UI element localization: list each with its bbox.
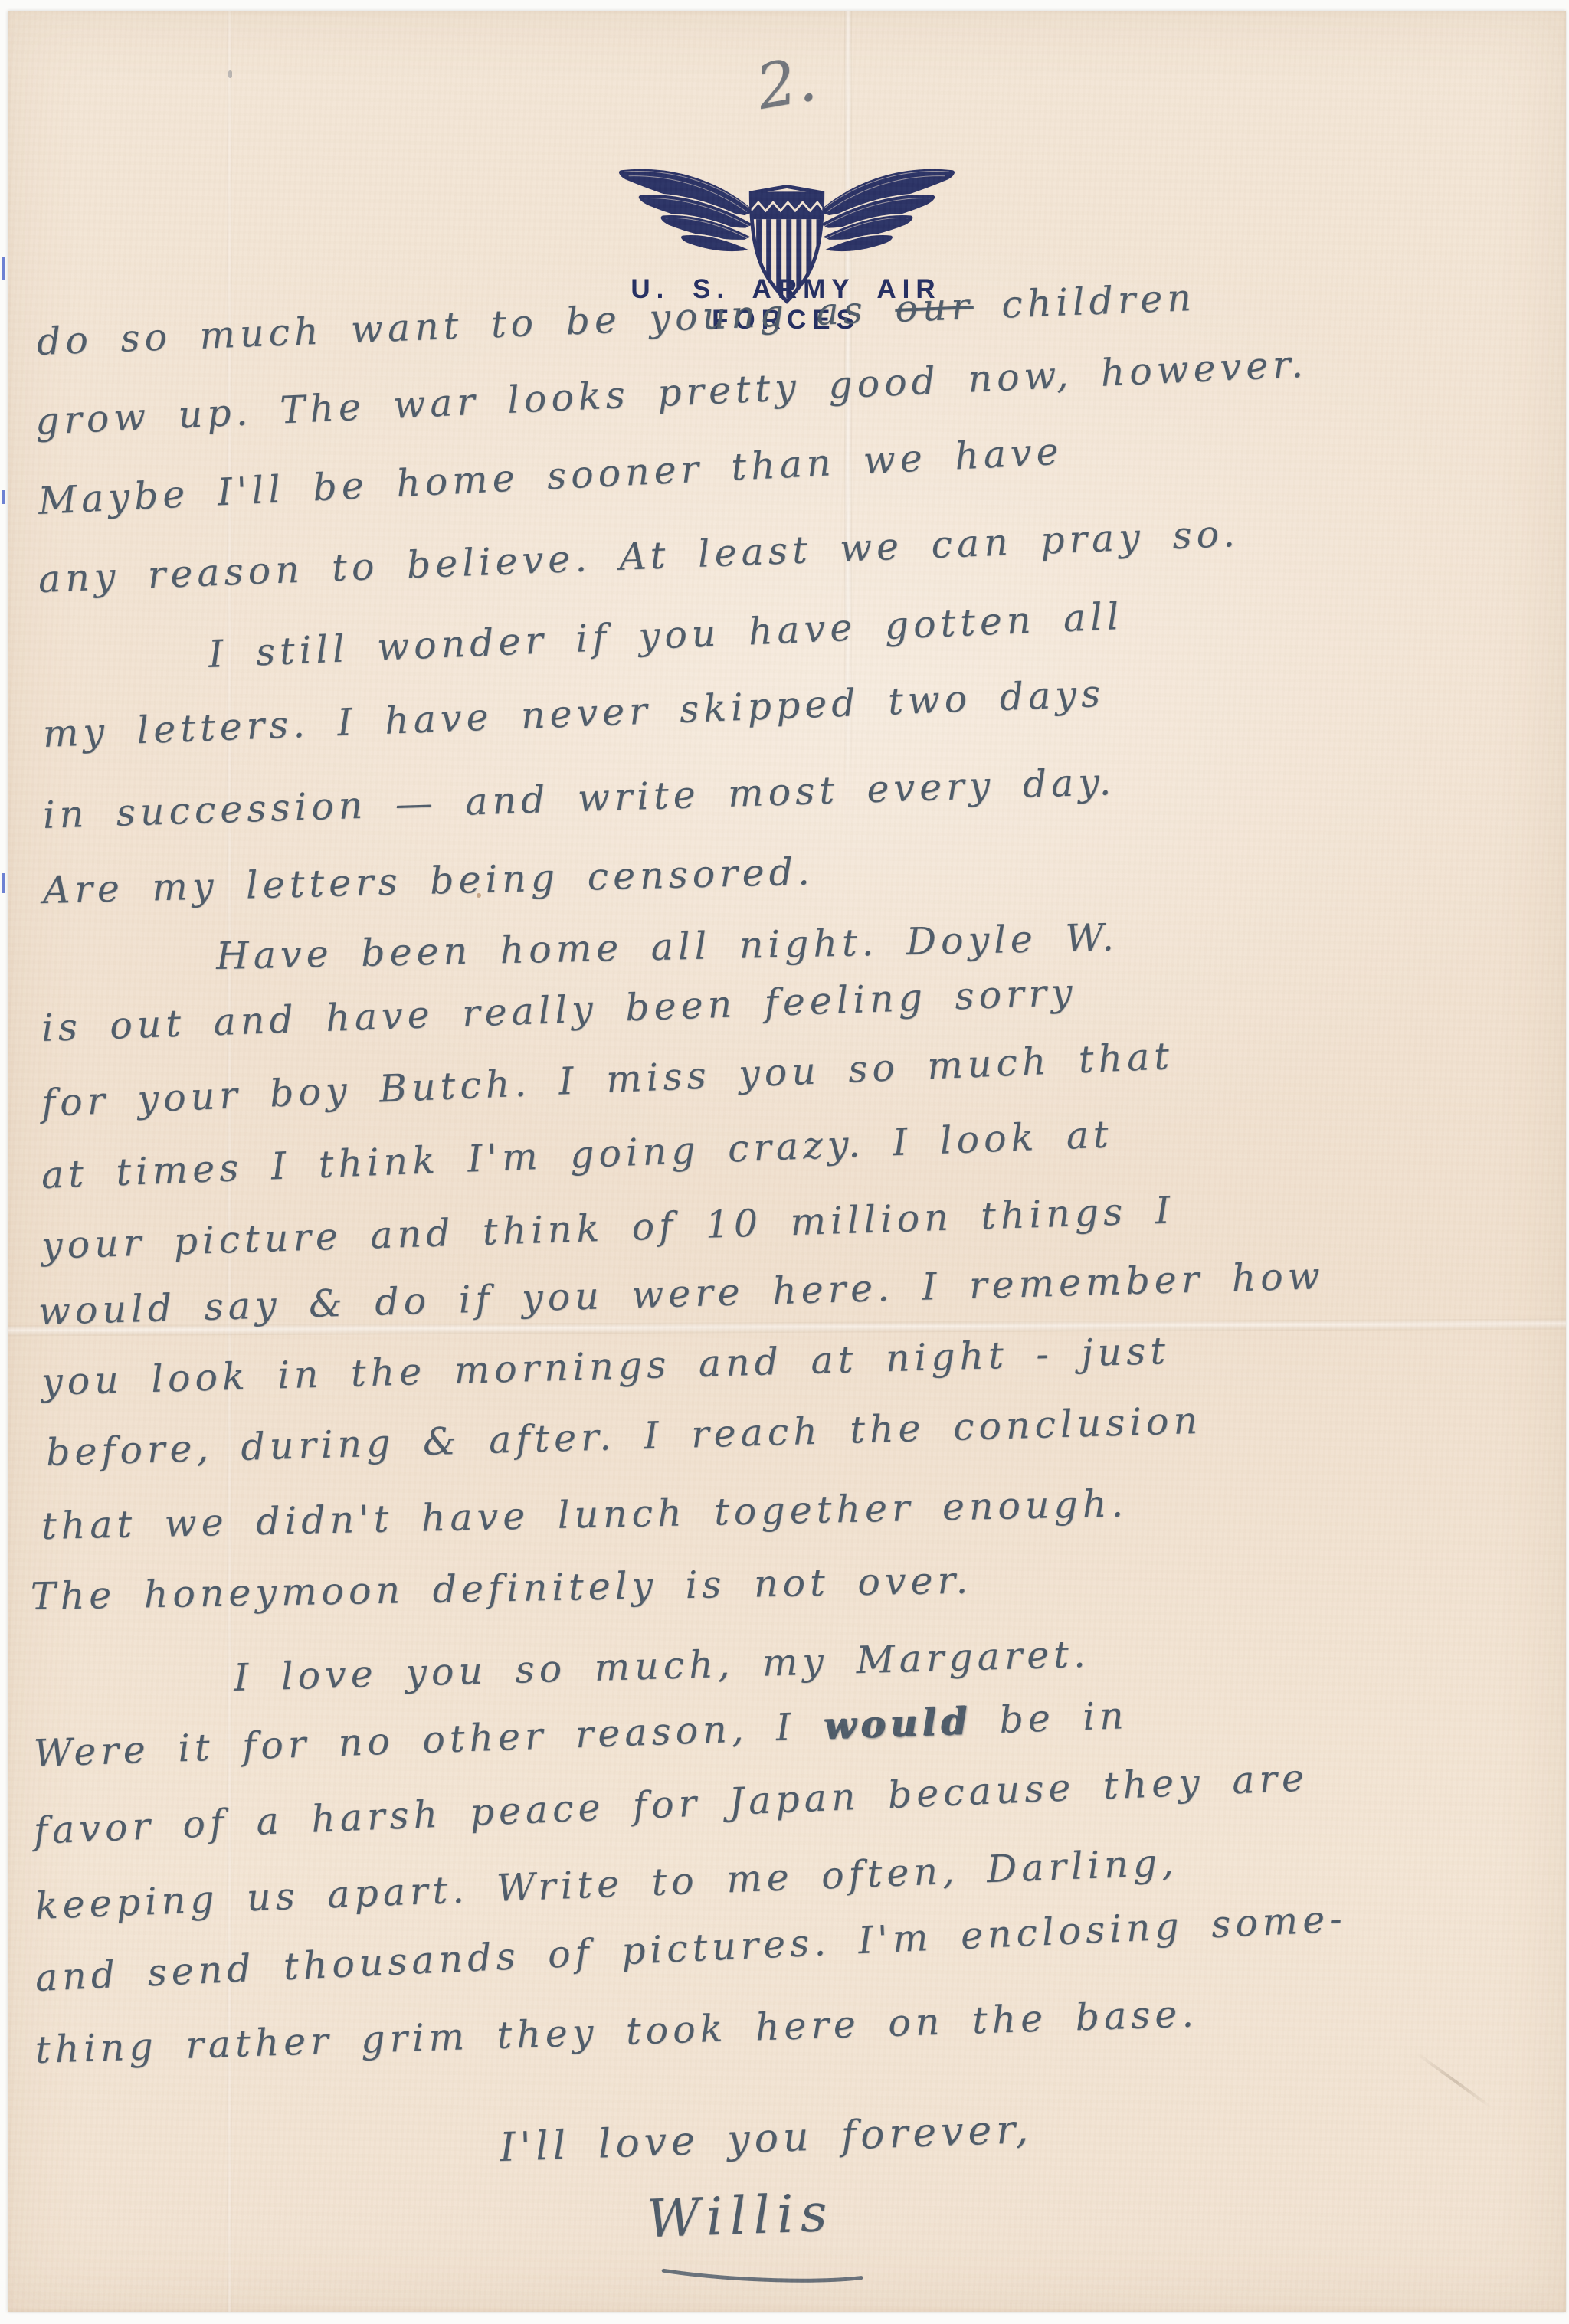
letter-line: Have been home all night. Doyle W. (215, 915, 1119, 978)
text-segment: at times I think I'm going crazy. I look… (41, 1112, 1114, 1197)
letter-line: Were it for no other reason, I would be … (33, 1693, 1129, 1776)
corrected-word: our (894, 284, 974, 331)
letter-line: before, during & after. I reach the conc… (45, 1399, 1203, 1475)
letter-line: Maybe I'll be home sooner than we have (38, 430, 1064, 523)
letter-line: grow up. The war looks pretty good now, … (34, 342, 1309, 444)
scan-edge-artifact (2, 257, 5, 280)
letter-line: at times I think I'm going crazy. I look… (41, 1112, 1114, 1197)
text-segment: favor of a harsh peace for Japan because… (33, 1756, 1309, 1853)
letter-line: is out and have really been feeling sorr… (41, 971, 1078, 1050)
letter-line: any reason to believe. At least we can p… (38, 512, 1240, 601)
text-segment: I love you so much, my Margaret. (233, 1632, 1090, 1700)
text-segment: in succession — and write most every day… (42, 760, 1116, 837)
letter-line: your picture and think of 10 million thi… (41, 1189, 1175, 1268)
letter-line: thing rather grim they took here on the … (34, 1992, 1199, 2072)
text-segment: grow up. The war looks pretty good now, … (34, 342, 1309, 444)
text-segment: Were it for no other reason, I (33, 1704, 824, 1776)
text-segment: my letters. I have never skipped two day… (42, 672, 1106, 756)
letter-line: for your boy Butch. I miss you so much t… (41, 1034, 1174, 1125)
letter-paper: 2. (8, 11, 1566, 2312)
closing-line: I'll love you forever, (499, 2106, 1033, 2171)
text-segment: your picture and think of 10 million thi… (41, 1189, 1175, 1268)
text-segment: Have been home all night. Doyle W. (215, 915, 1119, 978)
text-segment: you look in the mornings and at night - … (41, 1329, 1171, 1404)
letter-line: would say & do if you were here. I remem… (38, 1254, 1325, 1334)
letter-scan: 2. (0, 0, 1569, 2324)
text-segment: that we didn't have lunch together enoug… (41, 1481, 1128, 1548)
letter-line: my letters. I have never skipped two day… (42, 672, 1106, 756)
text-segment: The honeymoon definitely is not over. (31, 1559, 973, 1619)
letter-line: I love you so much, my Margaret. (233, 1632, 1090, 1700)
letter-line: I still wonder if you have gotten all (208, 594, 1125, 676)
text-segment: before, during & after. I reach the conc… (45, 1399, 1203, 1475)
text-segment: be in (971, 1694, 1129, 1743)
text-segment: children (973, 276, 1197, 328)
text-segment: is out and have really been feeling sorr… (41, 971, 1078, 1050)
text-segment: would say & do if you were here. I remem… (38, 1254, 1325, 1334)
letter-line: that we didn't have lunch together enoug… (41, 1481, 1128, 1548)
text-segment: Are my letters being censored. (42, 849, 814, 912)
text-segment: do so much want to be young as (36, 287, 896, 364)
diagonal-crease-mark (1416, 2052, 1492, 2109)
scan-edge-artifact (2, 873, 5, 893)
text-segment: thing rather grim they took here on the … (34, 1992, 1199, 2072)
text-segment: for your boy Butch. I miss you so much t… (41, 1034, 1174, 1125)
letter-line: Are my letters being censored. (42, 849, 814, 912)
letter-line: favor of a harsh peace for Japan because… (33, 1756, 1309, 1853)
scan-edge-artifact (2, 490, 5, 504)
pencil-mark (228, 70, 232, 78)
text-segment: I still wonder if you have gotten all (208, 594, 1125, 676)
text-segment: any reason to believe. At least we can p… (38, 512, 1240, 601)
corrected-word: would (823, 1698, 972, 1748)
signature-underline (660, 2264, 866, 2289)
letter-line: you look in the mornings and at night - … (41, 1329, 1171, 1404)
text-segment: Maybe I'll be home sooner than we have (38, 430, 1064, 523)
letter-line: in succession — and write most every day… (42, 760, 1116, 837)
page-number: 2. (752, 43, 821, 123)
letter-line: The honeymoon definitely is not over. (31, 1559, 973, 1619)
signature: Willis (646, 2183, 835, 2250)
